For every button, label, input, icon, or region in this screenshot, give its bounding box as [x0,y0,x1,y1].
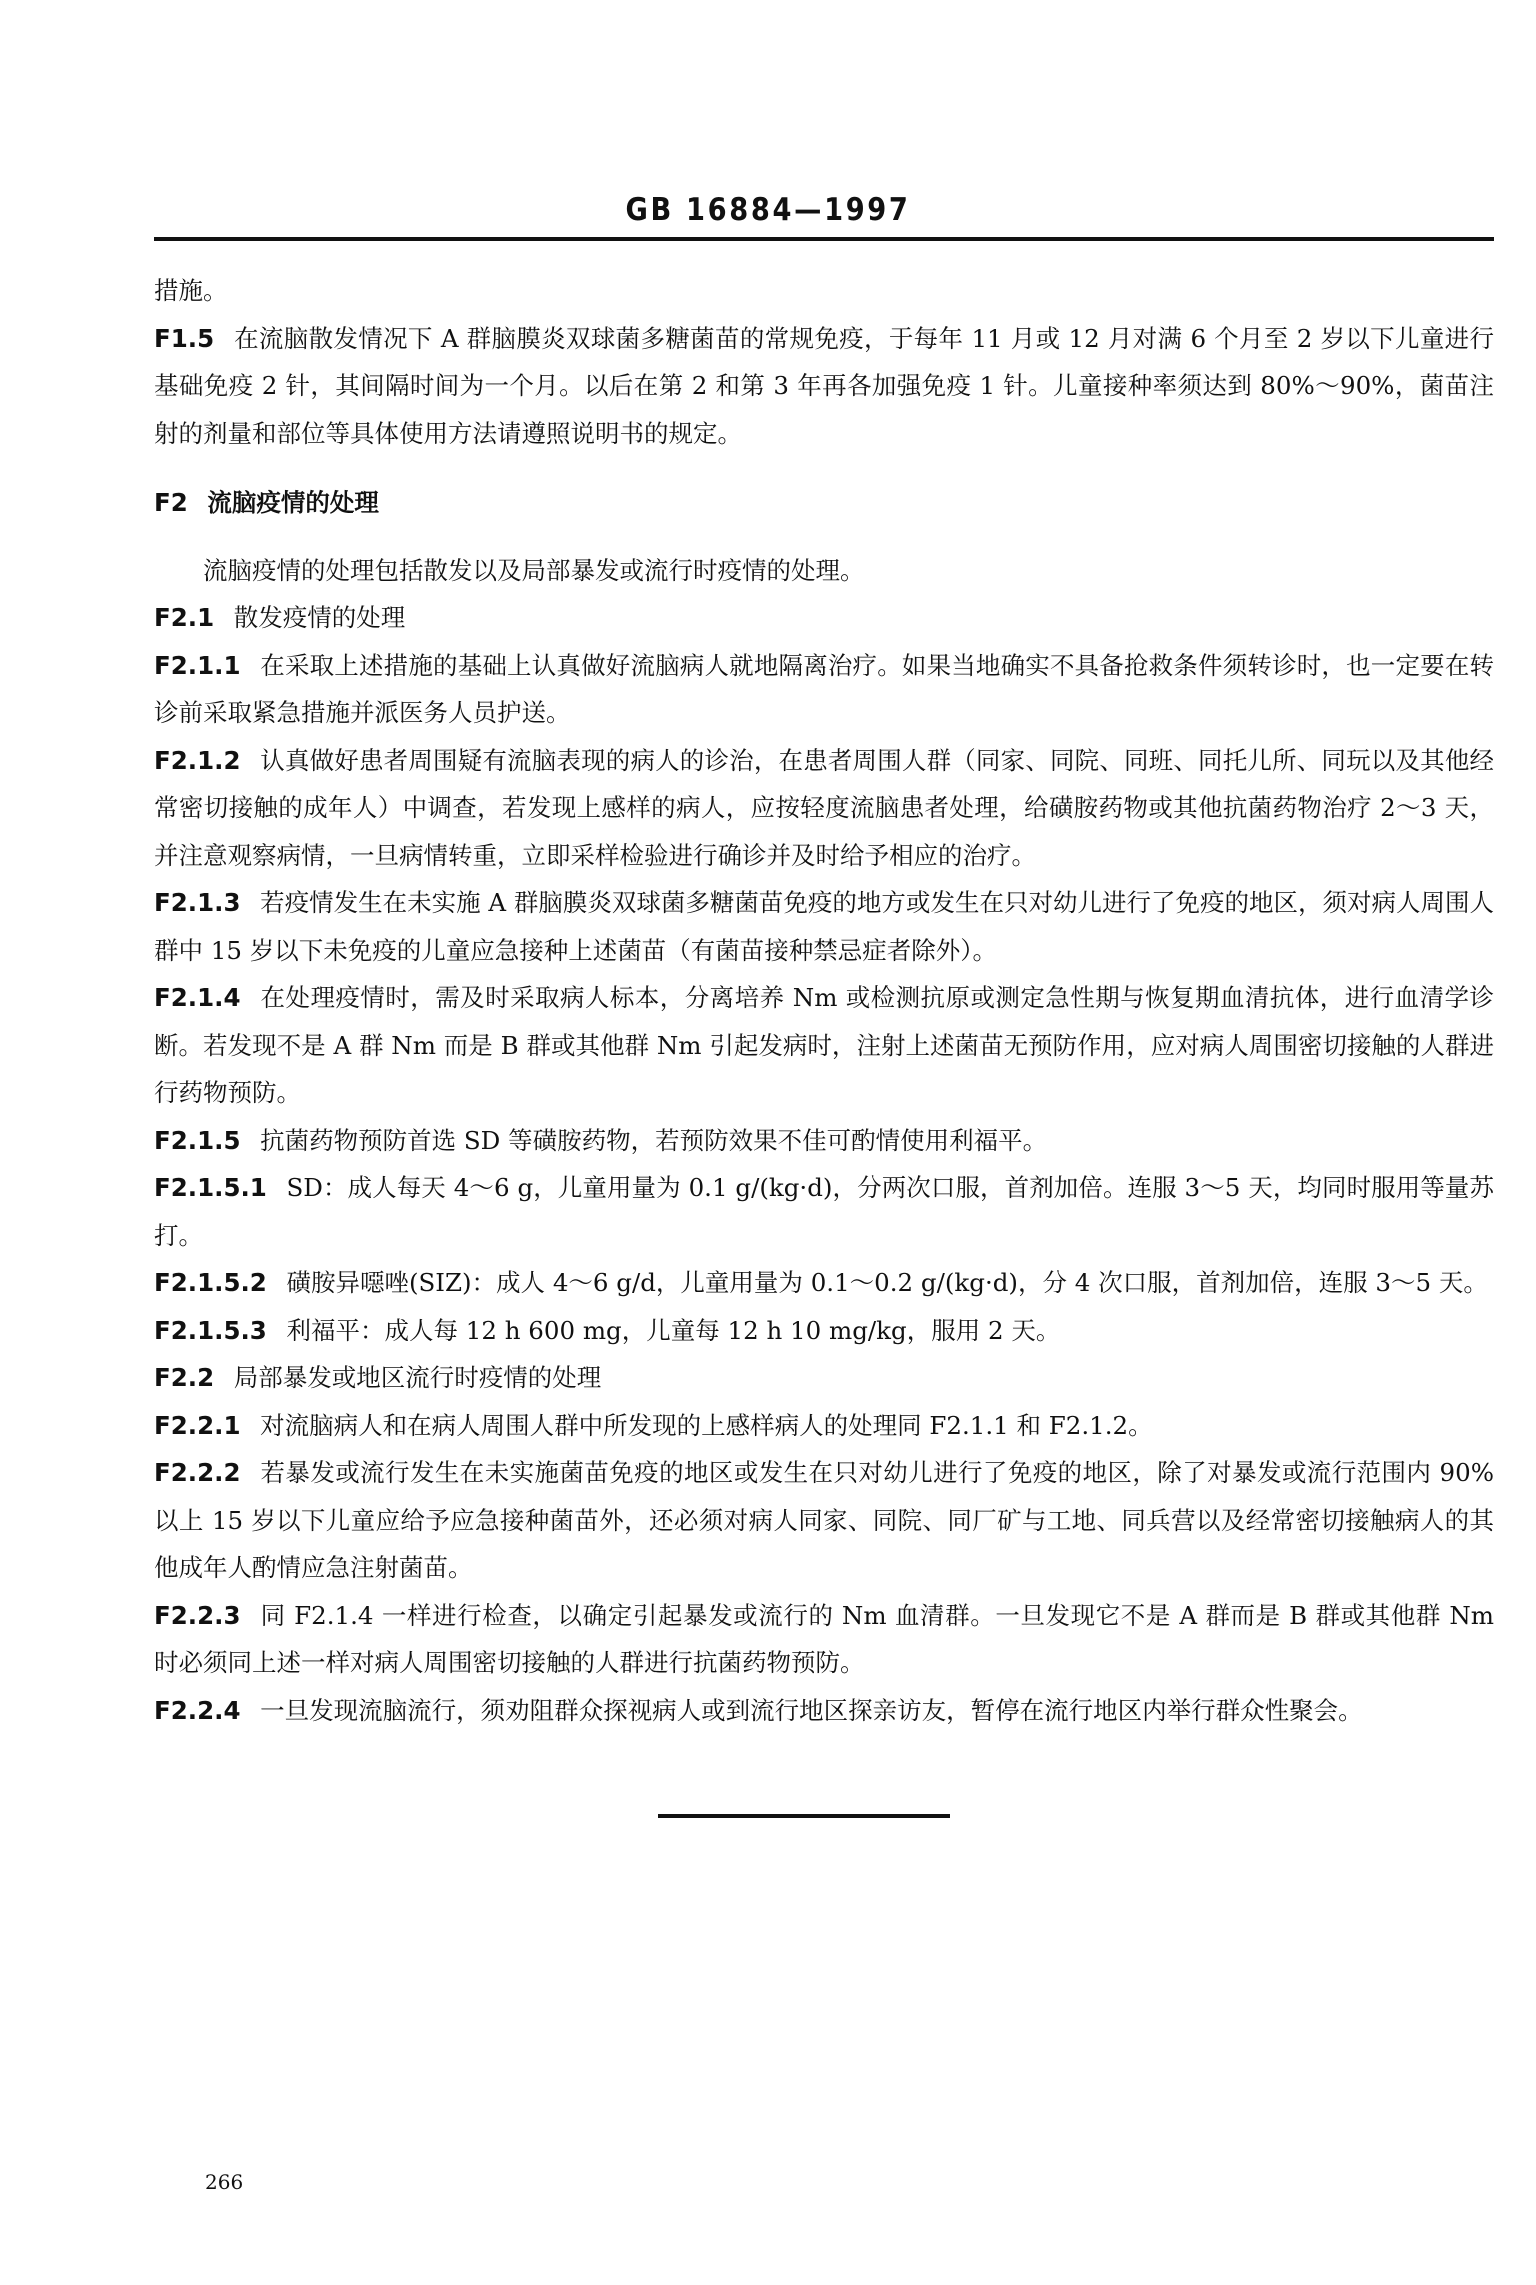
clause-number: F2.2 [154,1363,214,1392]
paragraph-text: 若疫情发生在未实施 A 群脑膜炎双球菌多糖菌苗免疫的地方或发生在只对幼儿进行了免… [154,888,1494,965]
subsection-heading-F2-1: F2.1散发疫情的处理 [154,594,1494,642]
paragraph-text: 磺胺异噁唑(SIZ)：成人 4～6 g/d，儿童用量为 0.1～0.2 g/(k… [286,1268,1487,1297]
clause-number: F2.2.1 [154,1411,241,1440]
paragraph-text: 若暴发或流行发生在未实施菌苗免疫的地区或发生在只对幼儿进行了免疫的地区，除了对暴… [154,1458,1494,1582]
end-of-document-rule [658,1814,950,1818]
paragraph-text: 同 F2.1.4 一样进行检查，以确定引起暴发或流行的 Nm 血清群。一旦发现它… [154,1601,1494,1678]
clause-F2-2-1: F2.2.1对流脑病人和在病人周围人群中所发现的上感样病人的处理同 F2.1.1… [154,1402,1494,1450]
paragraph-text: 措施。 [154,276,228,305]
clause-F2-2-2: F2.2.2若暴发或流行发生在未实施菌苗免疫的地区或发生在只对幼儿进行了免疫的地… [154,1449,1494,1592]
section-title: 流脑疫情的处理 [207,488,379,517]
clause-number: F2.1.5.1 [154,1173,267,1202]
section-intro: 流脑疫情的处理包括散发以及局部暴发或流行时疫情的处理。 [154,547,1494,595]
subsection-heading-F2-2: F2.2局部暴发或地区流行时疫情的处理 [154,1354,1494,1402]
clause-number: F2.1.5.3 [154,1316,267,1345]
clause-F2-2-3: F2.2.3同 F2.1.4 一样进行检查，以确定引起暴发或流行的 Nm 血清群… [154,1592,1494,1687]
section-heading-F2: F2流脑疫情的处理 [154,479,1494,527]
clause-F2-1-5: F2.1.5抗菌药物预防首选 SD 等磺胺药物，若预防效果不佳可酌情使用利福平。 [154,1117,1494,1165]
paragraph-continuation: 措施。 [154,267,1494,315]
clause-number: F2.1.3 [154,888,241,917]
clause-number: F2.2.4 [154,1696,241,1725]
paragraph-text: 在采取上述措施的基础上认真做好流脑病人就地隔离治疗。如果当地确实不具备抢救条件须… [154,651,1494,728]
paragraph-text: 对流脑病人和在病人周围人群中所发现的上感样病人的处理同 F2.1.1 和 F2.… [260,1411,1153,1440]
paragraph-text: SD：成人每天 4～6 g，儿童用量为 0.1 g/(kg·d)，分两次口服，首… [154,1173,1494,1250]
standard-code-header: GB 16884—1997 [92,192,1444,228]
clause-F2-1-5-1: F2.1.5.1SD：成人每天 4～6 g，儿童用量为 0.1 g/(kg·d)… [154,1164,1494,1259]
paragraph-text: 在处理疫情时，需及时采取病人标本，分离培养 Nm 或检测抗原或测定急性期与恢复期… [154,983,1494,1107]
clause-number: F2.1 [154,603,214,632]
clause-number: F2.1.1 [154,651,241,680]
clause-F2-2-4: F2.2.4一旦发现流脑流行，须劝阻群众探视病人或到流行地区探亲访友，暂停在流行… [154,1687,1494,1735]
header-divider [154,237,1494,241]
subsection-title: 散发疫情的处理 [234,603,406,632]
clause-number: F2.2.2 [154,1458,241,1487]
clause-F2-1-4: F2.1.4在处理疫情时，需及时采取病人标本，分离培养 Nm 或检测抗原或测定急… [154,974,1494,1117]
clause-number: F2.1.4 [154,983,241,1012]
paragraph-text: 认真做好患者周围疑有流脑表现的病人的诊治，在患者周围人群（同家、同院、同班、同托… [154,746,1494,870]
clause-F2-1-3: F2.1.3若疫情发生在未实施 A 群脑膜炎双球菌多糖菌苗免疫的地方或发生在只对… [154,879,1494,974]
clause-F2-1-5-3: F2.1.5.3利福平：成人每 12 h 600 mg，儿童每 12 h 10 … [154,1307,1494,1355]
clause-number: F2.1.2 [154,746,241,775]
clause-F2-1-5-2: F2.1.5.2磺胺异噁唑(SIZ)：成人 4～6 g/d，儿童用量为 0.1～… [154,1259,1494,1307]
clause-F1-5: F1.5在流脑散发情况下 A 群脑膜炎双球菌多糖菌苗的常规免疫，于每年 11 月… [154,315,1494,458]
clause-F2-1-2: F2.1.2认真做好患者周围疑有流脑表现的病人的诊治，在患者周围人群（同家、同院… [154,737,1494,880]
clause-F2-1-1: F2.1.1在采取上述措施的基础上认真做好流脑病人就地隔离治疗。如果当地确实不具… [154,642,1494,737]
section-number: F2 [154,488,188,517]
clause-number: F1.5 [154,324,214,353]
paragraph-text: 流脑疫情的处理包括散发以及局部暴发或流行时疫情的处理。 [203,556,865,585]
paragraph-text: 在流脑散发情况下 A 群脑膜炎双球菌多糖菌苗的常规免疫，于每年 11 月或 12… [154,324,1494,448]
paragraph-text: 利福平：成人每 12 h 600 mg，儿童每 12 h 10 mg/kg，服用… [286,1316,1060,1345]
paragraph-text: 一旦发现流脑流行，须劝阻群众探视病人或到流行地区探亲访友，暂停在流行地区内举行群… [260,1696,1363,1725]
subsection-title: 局部暴发或地区流行时疫情的处理 [234,1363,602,1392]
clause-number: F2.1.5.2 [154,1268,267,1297]
clause-number: F2.1.5 [154,1126,241,1155]
paragraph-text: 抗菌药物预防首选 SD 等磺胺药物，若预防效果不佳可酌情使用利福平。 [260,1126,1047,1155]
page-number: 266 [205,2170,243,2194]
document-body: 措施。 F1.5在流脑散发情况下 A 群脑膜炎双球菌多糖菌苗的常规免疫，于每年 … [154,267,1494,1734]
clause-number: F2.2.3 [154,1601,241,1630]
